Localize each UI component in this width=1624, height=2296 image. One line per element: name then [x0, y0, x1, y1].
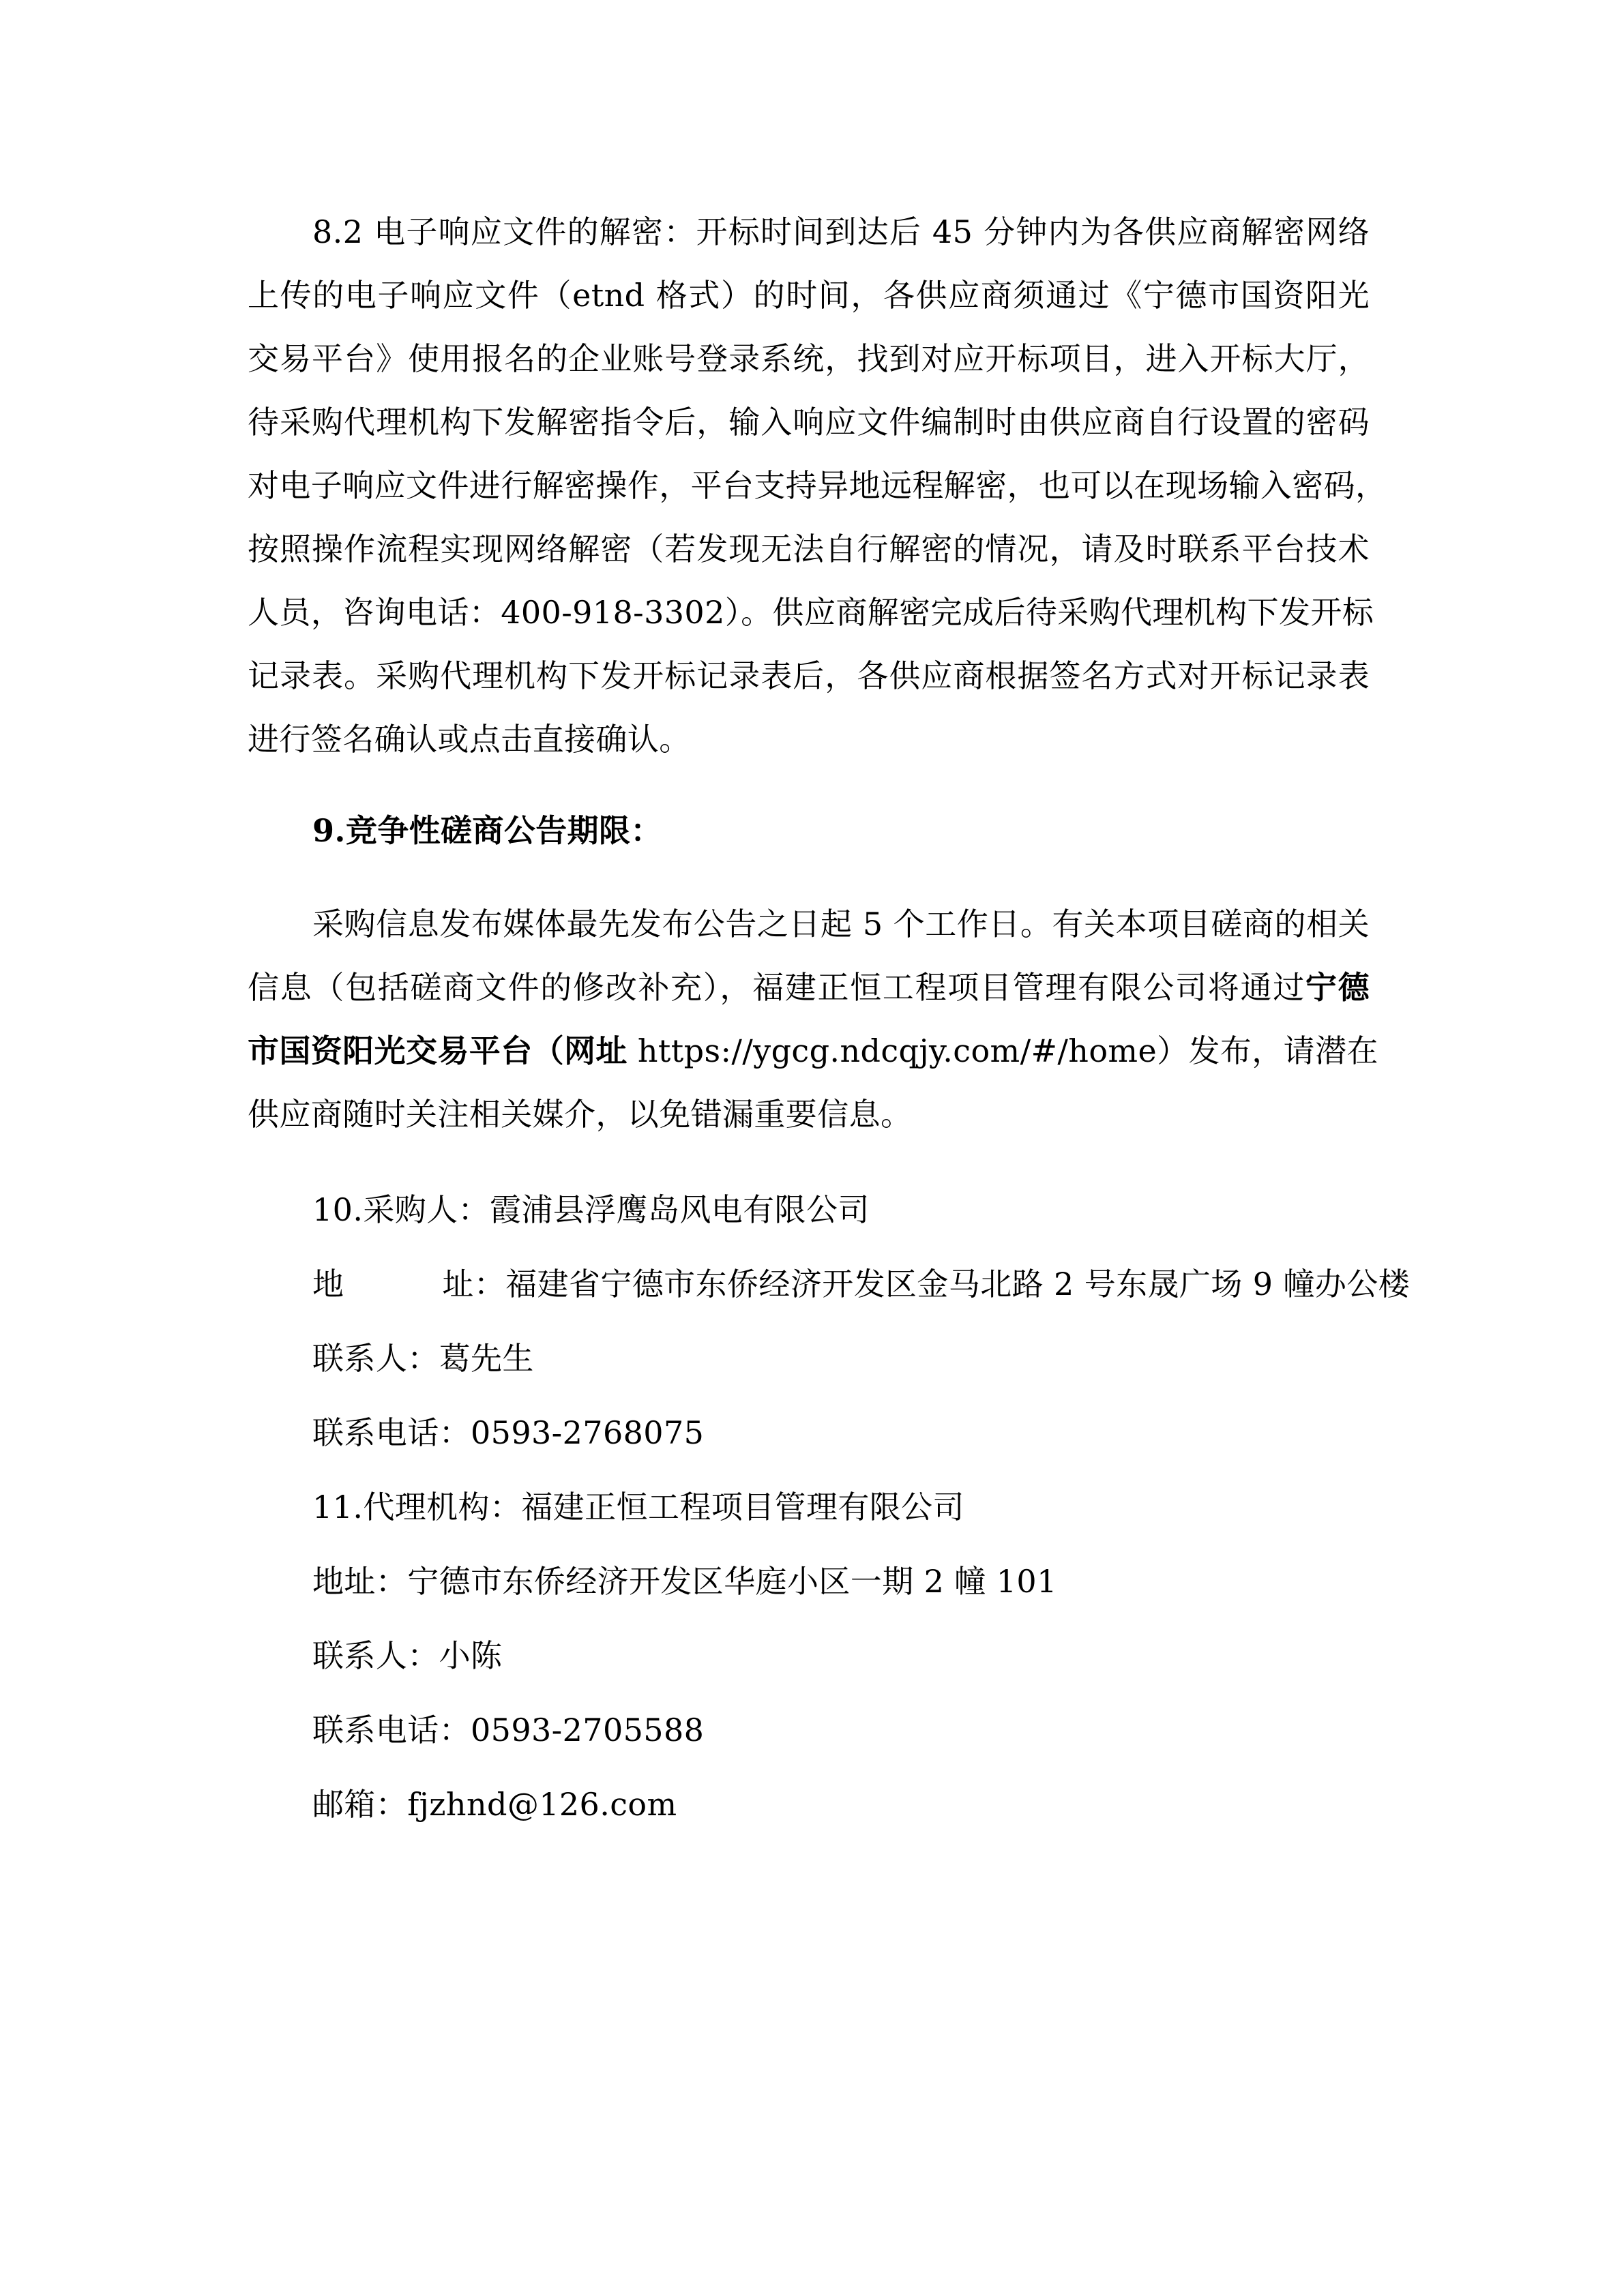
section-8-2-line-4: 待采购代理机构下发解密指令后，输入响应文件编制时由供应商自行设置的密码 [248, 403, 1370, 441]
platform-name-bold-part-1: 宁德 [1305, 969, 1370, 1006]
agency-email: 邮箱：fjzhnd@126.com [312, 1785, 677, 1823]
section-9-heading: 9.竞争性磋商公告期限： [312, 811, 662, 850]
purchaser-heading: 10.采购人：霞浦县浮鹰岛风电有限公司 [312, 1191, 870, 1229]
section-8-2-line-3: 交易平台》使用报名的企业账号登录系统，找到对应开标项目，进入开标大厅， [248, 340, 1370, 378]
platform-name-bold-part-2: 市国资阳光交易平台（网址 [248, 1032, 628, 1069]
address-label-last-char: 址： [442, 1266, 505, 1302]
address-label-first-char: 地 [312, 1266, 344, 1302]
section-8-2-line-6: 按照操作流程实现网络解密（若发现无法自行解密的情况，请及时联系平台技术 [248, 530, 1370, 568]
agency-phone: 联系电话：0593-2705588 [312, 1711, 704, 1749]
agency-contact: 联系人：小陈 [312, 1637, 502, 1675]
section-9-line-4: 供应商随时关注相关媒介，以免错漏重要信息。 [248, 1095, 912, 1133]
purchaser-phone: 联系电话：0593-2768075 [312, 1414, 704, 1452]
platform-url-text: https://ygcg.ndcqjy.com/#/home）发布，请潜在 [628, 1032, 1378, 1069]
agency-address: 地址：宁德市东侨经济开发区华庭小区一期 2 幢 101 [312, 1562, 1057, 1600]
section-8-2-line-8: 记录表。采购代理机构下发开标记录表后，各供应商根据签名方式对开标记录表 [248, 657, 1370, 695]
purchaser-contact: 联系人：葛先生 [312, 1339, 534, 1377]
section-8-2-line-2: 上传的电子响应文件（etnd 格式）的时间，各供应商须通过《宁德市国资阳光 [248, 276, 1370, 314]
section-9-line-1: 采购信息发布媒体最先发布公告之日起 5 个工作日。有关本项目磋商的相关 [312, 905, 1370, 943]
section-8-2-line-7: 人员，咨询电话：400-918-3302）。供应商解密完成后待采购代理机构下发开… [248, 593, 1370, 631]
purchaser-address-value: 福建省宁德市东侨经济开发区金马北路 2 号东晟广场 9 幢办公楼 [505, 1266, 1410, 1302]
agency-heading: 11.代理机构：福建正恒工程项目管理有限公司 [312, 1488, 964, 1526]
section-8-2-line-1: 8.2 电子响应文件的解密：开标时间到达后 45 分钟内为各供应商解密网络 [312, 213, 1370, 251]
section-9-line-2: 信息（包括磋商文件的修改补充），福建正恒工程项目管理有限公司将通过宁德 [248, 968, 1370, 1007]
purchaser-address: 地址：福建省宁德市东侨经济开发区金马北路 2 号东晟广场 9 幢办公楼 [312, 1265, 1410, 1303]
section-8-2-line-5: 对电子响应文件进行解密操作，平台支持异地远程解密，也可以在现场输入密码， [248, 466, 1370, 505]
section-8-2-line-9: 进行签名确认或点击直接确认。 [248, 720, 691, 758]
section-9-line-2-text: 信息（包括磋商文件的修改补充），福建正恒工程项目管理有限公司将通过 [248, 969, 1305, 1006]
section-9-line-3: 市国资阳光交易平台（网址 https://ygcg.ndcqjy.com/#/h… [248, 1032, 1370, 1070]
